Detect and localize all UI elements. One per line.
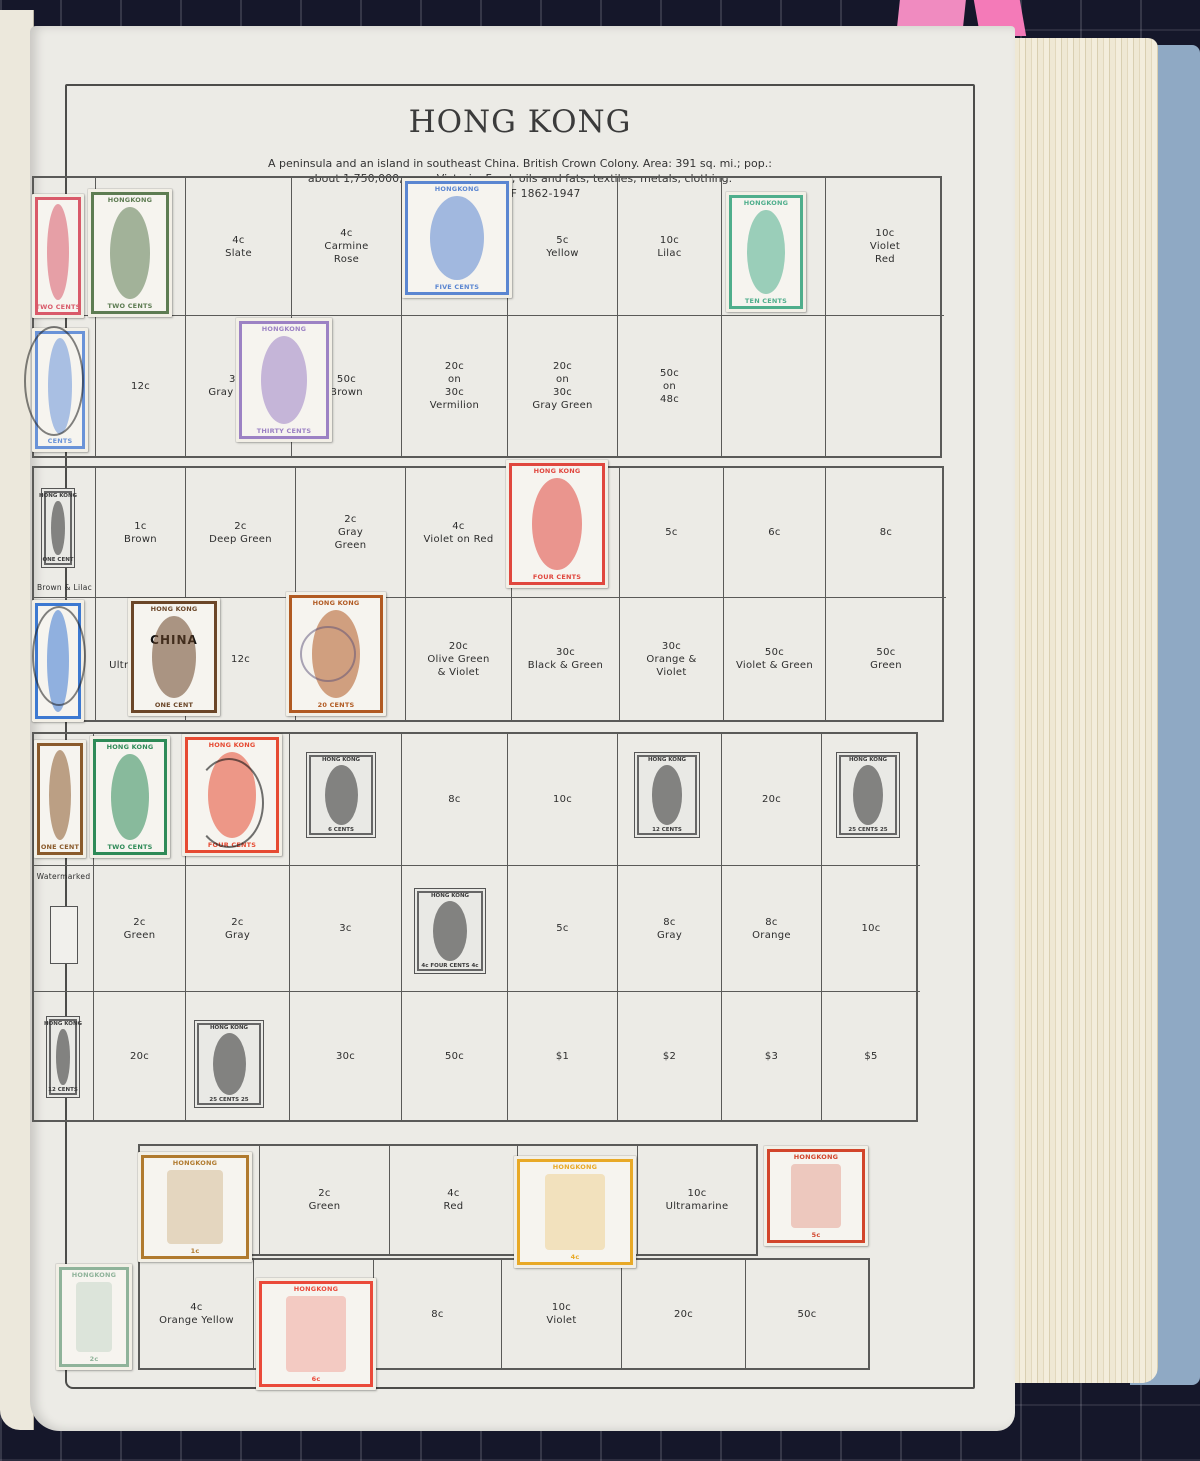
stamp-value-text: 2c <box>90 1354 99 1364</box>
stamp-value-text: TWO CENTS <box>108 301 153 311</box>
stamp-design: CENTS <box>35 331 85 449</box>
stamp-space: $2 <box>618 992 722 1120</box>
portrait-icon <box>652 765 683 825</box>
scales-icon <box>545 1174 606 1250</box>
stamp-value-text: 6c <box>312 1374 321 1384</box>
stamp-space: 2c Deep Green <box>186 468 296 598</box>
stamp-space <box>722 316 826 456</box>
illustration-value-text: ONE CENT <box>42 557 73 563</box>
portrait-icon <box>325 765 358 825</box>
portrait-icon <box>47 610 69 712</box>
portrait-icon <box>433 901 467 961</box>
portrait-icon <box>430 196 484 280</box>
stamp-qv-5c-blue[interactable]: HONGKONGFIVE CENTS <box>402 178 512 298</box>
stamp-design: HONG KONGONE CENT <box>131 601 217 713</box>
scales-icon <box>167 1170 223 1244</box>
stamp-space: 8c Orange <box>722 866 822 992</box>
stamp-top-text: HONGKONG <box>294 1284 338 1294</box>
printed-illustration-gv-25c-b: HONG KONG25 CENTS 25 <box>194 1020 264 1108</box>
stamp-value-text: ONE CENT <box>155 700 193 710</box>
stamp-design: HONG KONGFOUR CENTS <box>509 463 605 585</box>
stamp-design: HONG KONGTWO CENTS <box>93 739 167 855</box>
stamp-space: 8c <box>402 734 508 866</box>
portrait-icon <box>261 336 307 424</box>
watermark-crown-illustration <box>50 906 78 964</box>
portrait-icon <box>49 750 71 840</box>
stamp-qv-2c-green[interactable]: HONGKONGTWO CENTS <box>88 189 172 317</box>
stamp-design: HONG KONG20 CENTS <box>289 595 383 713</box>
stamp-space: 4c Violet on Red <box>406 468 512 598</box>
stamp-due-2c[interactable]: HONGKONG2c <box>56 1264 132 1370</box>
portrait-icon <box>152 616 196 698</box>
printed-illustration-gv-4c: HONG KONG4c FOUR CENTS 4c <box>414 888 486 974</box>
stamp-space: 10c Lilac <box>618 178 722 316</box>
illustration-design: HONG KONGONE CENT <box>44 491 72 565</box>
portrait-icon <box>110 207 150 299</box>
stamp-top-text: HONGKONG <box>744 198 788 208</box>
illustration-value-text: 4c FOUR CENTS 4c <box>421 963 478 969</box>
stamp-space: 10c <box>822 866 920 992</box>
stamp-ke-10c-blue[interactable] <box>32 600 84 722</box>
stamp-top-text: HONGKONG <box>108 195 152 205</box>
stamp-space: 2c Green <box>94 866 186 992</box>
stamp-top-text: HONGKONG <box>435 184 479 194</box>
illustration-value-text: 12 CENTS <box>652 827 682 833</box>
stamp-space: 10c Violet Red <box>826 178 944 316</box>
scales-icon <box>791 1164 842 1228</box>
stamp-due-4c[interactable]: HONGKONG4c <box>514 1156 636 1268</box>
printed-illustration-gv-12c: HONG KONG12 CENTS <box>634 752 700 838</box>
stamp-due-1c[interactable]: HONGKONG1c <box>138 1152 252 1262</box>
stamp-space: 8c <box>826 468 946 598</box>
printed-illustration-gv-6c: HONG KONG6 CENTS <box>306 752 376 838</box>
stamp-space: $3 <box>722 992 822 1120</box>
stamp-space: 20c <box>722 734 822 866</box>
portrait-icon <box>51 501 64 555</box>
stamp-space: 30c <box>290 992 402 1120</box>
stamp-space: 10c Ultramarine <box>638 1146 756 1254</box>
stamp-space: 3c <box>290 866 402 992</box>
stamp-top-text: HONG KONG <box>534 466 581 476</box>
stamp-space: 20c on 30c Vermilion <box>402 316 508 456</box>
stamp-space: 20c <box>94 992 186 1120</box>
stamp-design: HONGKONGTWO CENTS <box>91 192 169 314</box>
stamp-space: 10c Violet <box>502 1260 622 1368</box>
stamp-space: 5c Yellow <box>508 178 618 316</box>
portrait-icon <box>48 338 72 434</box>
illustration-top-text: HONG KONG <box>322 757 360 763</box>
stamp-space: 50c <box>746 1260 868 1368</box>
stamp-space: 50c Green <box>826 598 946 720</box>
stamp-value-text: TEN CENTS <box>745 296 787 306</box>
illustration-design: HONG KONG12 CENTS <box>49 1019 77 1095</box>
portrait-icon <box>56 1029 69 1085</box>
illustration-value-text: 25 CENTS 25 <box>848 827 887 833</box>
album-page: HONG KONG A peninsula and an island in s… <box>30 26 1015 1431</box>
illustration-design: HONG KONG4c FOUR CENTS 4c <box>417 891 483 971</box>
stamp-gv-1c-brown[interactable]: ONE CENT <box>34 740 86 858</box>
portrait-icon <box>208 752 256 838</box>
printed-illustration-ke: HONG KONGONE CENT <box>41 488 75 568</box>
stamp-space: 2c Gray Green <box>296 468 406 598</box>
stamp-space: 8c Gray <box>618 866 722 992</box>
portrait-icon <box>312 610 360 698</box>
stamp-top-text: HONGKONG <box>72 1270 116 1280</box>
left-page-edge <box>0 10 34 1430</box>
stamp-design: HONG KONGFOUR CENTS <box>185 737 279 853</box>
stamp-space: 10c <box>508 734 618 866</box>
stamp-qv-10c-blue[interactable]: CENTS <box>32 328 88 452</box>
stamp-top-text: HONGKONG <box>173 1158 217 1168</box>
page-stack-edge <box>990 38 1158 1383</box>
stamp-space: 6c <box>724 468 826 598</box>
stamp-design: ONE CENT <box>37 743 83 855</box>
illustration-top-text: HONG KONG <box>849 757 887 763</box>
stamp-space: 1c Brown <box>96 468 186 598</box>
stamp-design: HONGKONGTEN CENTS <box>729 195 803 309</box>
stamp-value-text: TWO CENTS <box>108 842 153 852</box>
illustration-top-text: HONG KONG <box>210 1025 248 1031</box>
stamp-space: 30c Black & Green <box>512 598 620 720</box>
stamp-space: 50c <box>402 992 508 1120</box>
stamp-space: 8c <box>374 1260 502 1368</box>
stamp-space: 30c Orange & Violet <box>620 598 724 720</box>
stamp-gv-2c-green[interactable]: HONG KONGTWO CENTS <box>90 736 170 858</box>
stamp-design: TWO CENTS <box>35 197 81 315</box>
illustration-design: HONG KONG12 CENTS <box>637 755 697 835</box>
stamp-space: $1 <box>508 992 618 1120</box>
stamp-ke-20c-brown[interactable]: HONG KONG20 CENTS <box>286 592 386 716</box>
stamp-design: HONGKONG1c <box>141 1155 249 1259</box>
stamp-space: 4c Slate <box>186 178 292 316</box>
stamp-space: 20c Olive Green & Violet <box>406 598 512 720</box>
illustration-top-text: HONG KONG <box>44 1021 82 1027</box>
stamp-value-text: ONE CENT <box>41 842 79 852</box>
printed-illustration-gv-25c: HONG KONG25 CENTS 25 <box>836 752 900 838</box>
stamp-design: HONGKONG4c <box>517 1159 633 1265</box>
stamp-design <box>35 603 81 719</box>
printed-illustration-gv-12c-b: HONG KONG12 CENTS <box>46 1016 80 1098</box>
stamp-design: HONGKONG2c <box>59 1267 129 1367</box>
stamp-top-text: HONGKONG <box>553 1162 597 1172</box>
stamp-block-postage-due-2: 4c Orange Yellow8c10c Violet20c50c <box>138 1258 870 1370</box>
illustration-top-text: HONG KONG <box>648 757 686 763</box>
stamp-top-text: HONGKONG <box>794 1152 838 1162</box>
stamp-top-text: HONG KONG <box>209 740 256 750</box>
stamp-value-text: THIRTY CENTS <box>257 426 312 436</box>
illustration-value-text: 12 CENTS <box>48 1087 78 1093</box>
description-line: A peninsula and an island in southeast C… <box>67 156 973 171</box>
stamp-value-text: 5c <box>812 1230 821 1240</box>
stamp-top-text: HONG KONG <box>107 742 154 752</box>
portrait-icon <box>532 478 582 570</box>
stamp-top-text: HONG KONG <box>313 598 360 608</box>
stamp-value-text: FIVE CENTS <box>435 282 479 292</box>
illustration-value-text: 6 CENTS <box>328 827 354 833</box>
stamp-space: 4c Carmine Rose <box>292 178 402 316</box>
stamp-due-6c[interactable]: HONGKONG6c <box>256 1278 376 1390</box>
portrait-icon <box>111 754 148 840</box>
stamp-space: 5c <box>508 866 618 992</box>
stamp-china-1c-brown[interactable]: CHINAHONG KONGONE CENT <box>128 598 220 716</box>
stamp-space: $5 <box>822 992 920 1120</box>
illustration-design: HONG KONG25 CENTS 25 <box>197 1023 261 1105</box>
stamp-value-text: TWO CENTS <box>36 302 81 312</box>
stamp-space: 4c Red <box>390 1146 518 1254</box>
illustration-top-text: HONG KONG <box>39 493 77 499</box>
stamp-design: HONGKONGTHIRTY CENTS <box>239 321 329 439</box>
portrait-icon <box>47 204 69 300</box>
illustration-top-text: HONG KONG <box>431 893 469 899</box>
stamp-qv-30c-lilac[interactable]: HONGKONGTHIRTY CENTS <box>236 318 332 442</box>
stamp-value-text: 1c <box>191 1246 200 1256</box>
stamp-space: 50c Violet & Green <box>724 598 826 720</box>
stamp-qv-2c-rose[interactable]: TWO CENTS <box>32 194 84 318</box>
stamp-ke-4c-red[interactable]: HONG KONGFOUR CENTS <box>506 460 608 588</box>
stamp-space: 20c <box>622 1260 746 1368</box>
stamp-design: HONGKONG6c <box>259 1281 373 1387</box>
stamp-space: 5c <box>620 468 724 598</box>
stamp-qv-10c-green[interactable]: HONGKONGTEN CENTS <box>726 192 806 312</box>
stamp-space: 12c <box>96 316 186 456</box>
stamp-space: 50c on 48c <box>618 316 722 456</box>
stamp-value-text: 20 CENTS <box>318 700 355 710</box>
portrait-icon <box>747 210 784 294</box>
stamp-space: 20c on 30c Gray Green <box>508 316 618 456</box>
scales-icon <box>76 1282 111 1352</box>
stamp-top-text: HONG KONG <box>151 604 198 614</box>
stamp-value-text: 4c <box>571 1252 580 1262</box>
stamp-value-text: FOUR CENTS <box>208 840 256 850</box>
stamp-gv-4c-red[interactable]: HONG KONGFOUR CENTS <box>182 734 282 856</box>
portrait-icon <box>853 765 883 825</box>
scales-icon <box>286 1296 345 1372</box>
stamp-top-text: HONGKONG <box>262 324 306 334</box>
stamp-space <box>826 316 944 456</box>
page-title: HONG KONG <box>67 104 973 140</box>
stamp-space: 2c Green <box>260 1146 390 1254</box>
stamp-space: 4c Orange Yellow <box>140 1260 254 1368</box>
illustration-design: HONG KONG25 CENTS 25 <box>839 755 897 835</box>
illustration-design: HONG KONG6 CENTS <box>309 755 373 835</box>
stamp-design: HONGKONGFIVE CENTS <box>405 181 509 295</box>
stamp-value-text: CENTS <box>48 436 73 446</box>
portrait-icon <box>213 1033 246 1095</box>
stamp-design: HONGKONG5c <box>767 1149 865 1243</box>
illustration-value-text: 25 CENTS 25 <box>209 1097 248 1103</box>
stamp-space: 2c Gray <box>186 866 290 992</box>
stamp-value-text: FOUR CENTS <box>533 572 581 582</box>
stamp-due-5c[interactable]: HONGKONG5c <box>764 1146 868 1246</box>
